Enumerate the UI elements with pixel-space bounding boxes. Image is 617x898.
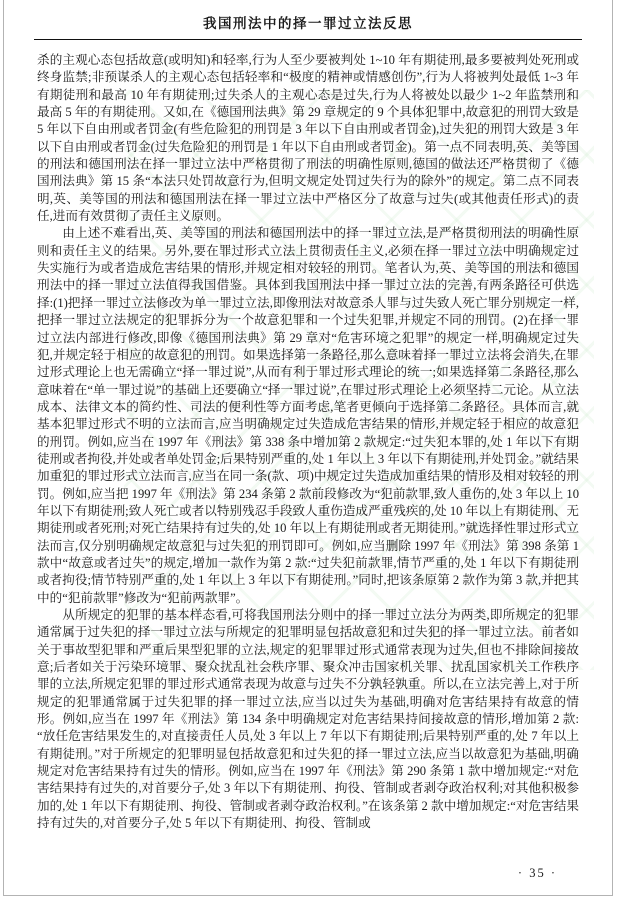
document-page: 我国刑法中的择一罪过立法反思 杀的主观心态包括故意(或明知)和轻率,行为人至少要… — [3, 0, 613, 896]
page-header: 我国刑法中的择一罪过立法反思 — [4, 12, 612, 40]
body-text: 杀的主观心态包括故意(或明知)和轻率,行为人至少要被判处 1~10 年有期徒刑,… — [37, 52, 579, 832]
paragraph-continuation: 杀的主观心态包括故意(或明知)和轻率,行为人至少要被判处 1~10 年有期徒刑,… — [37, 52, 579, 225]
scan-background: 我国刑法中的择一罪过立法反思 杀的主观心态包括故意(或明知)和轻率,行为人至少要… — [0, 0, 617, 898]
running-title: 我国刑法中的择一罪过立法反思 — [4, 12, 612, 32]
paragraph-two-categories: 从所规定的犯罪的基本样态看,可将我国刑法分则中的择一罪过立法分为两类,即所规定的… — [37, 607, 579, 832]
paragraph-legislative-paths: 由上述不难看出,英、美等国的刑法和德国刑法中的择一罪过立法,是严格贯彻刑法的明确… — [37, 225, 579, 607]
page-number: · 35 · — [518, 866, 557, 881]
header-rule — [34, 39, 582, 40]
